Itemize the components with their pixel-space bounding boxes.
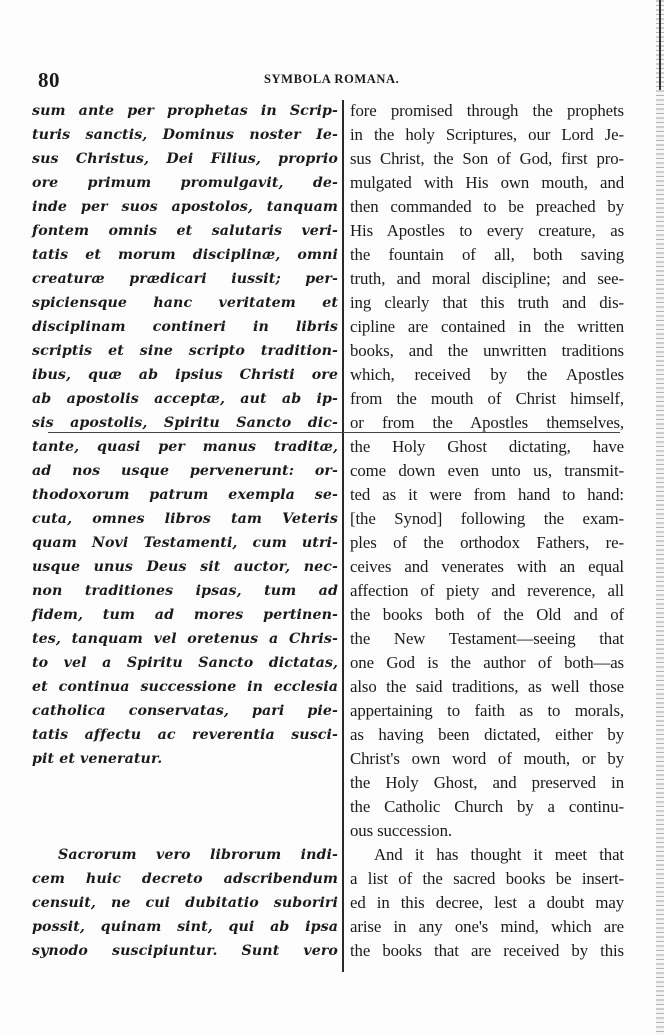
text-line: tatis affectu ac reverentia susci- [32,723,338,747]
text-line: synodo suscipiuntur. Sunt vero [32,939,338,963]
text-line: tes, tanquam vel oretenus a Chris- [32,627,338,651]
text-line: arise in any one's mind, which are [350,915,624,939]
text-line: creaturæ prædicari iussit; per- [32,267,338,291]
running-head: SYMBOLA ROMANA. [264,72,399,87]
text-line: ing clearly that this truth and dis- [350,291,624,315]
text-line: then commanded to be preached by [350,195,624,219]
page-number: 80 [38,68,60,93]
text-line: the Holy Ghost, and preserved in [350,771,624,795]
text-line: ted as it were from hand to hand: [350,483,624,507]
text-line: which, received by the Apostles [350,363,624,387]
text-line: [the Synod] following the exam- [350,507,624,531]
text-line: catholica conservatas, pari pie- [32,699,338,723]
column-divider [342,100,344,972]
text-line: fidem, tum ad mores pertinen- [32,603,338,627]
text-line: the books both of the Old and of [350,603,624,627]
text-line: the fountain of all, both saving [350,243,624,267]
text-line: non traditiones ipsas, tum ad [32,579,338,603]
text-line: Sacrorum vero librorum indi- [32,843,338,867]
latin-paragraph-1: sum ante per prophetas in Scrip- turis s… [32,99,338,771]
text-line: cem huic decreto adscribendum [32,867,338,891]
text-line: et continua successione in ecclesia [32,675,338,699]
text-line: quam Novi Testamenti, cum utri- [32,531,338,555]
latin-paragraph-2: Sacrorum vero librorum indi- cem huic de… [32,843,338,963]
text-line: And it has thought it meet that [350,843,624,867]
text-line: fontem omnis et salutaris veri- [32,219,338,243]
text-line: truth, and moral discipline; and see- [350,267,624,291]
text-line: ab apostolis acceptæ, aut ab ip- [32,387,338,411]
text-line: tante, quasi per manus traditæ, [32,435,338,459]
text-line: usque unus Deus sit auctor, nec- [32,555,338,579]
text-line: in the holy Scriptures, our Lord Je- [350,123,624,147]
latin-column: sum ante per prophetas in Scrip- turis s… [32,99,338,963]
text-line: disciplinam contineri in libris [32,315,338,339]
text-line: to vel a Spiritu Sancto dictatas, [32,651,338,675]
text-line: ceives and venerates with an equal [350,555,624,579]
text-line: ad nos usque pervenerunt: or- [32,459,338,483]
text-line: turis sanctis, Dominus noster Ie- [32,123,338,147]
text-line: His Apostles to every creature, as [350,219,624,243]
scan-edge-line [659,0,661,90]
text-line: ibus, quæ ab ipsius Christi ore [32,363,338,387]
text-line: come down even unto us, transmit- [350,459,624,483]
text-line: inde per suos apostolos, tanquam [32,195,338,219]
text-line: the Holy Ghost dictating, have [350,435,624,459]
english-paragraph-2: And it has thought it meet that a list o… [350,843,624,963]
text-line: cuta, omnes libros tam Veteris [32,507,338,531]
text-line: ore primum promulgavit, de- [32,171,338,195]
text-line: ous succession. [350,819,624,843]
text-line: ed in this decree, lest a doubt may [350,891,624,915]
text-line: scriptis et sine scripto tradition- [32,339,338,363]
english-paragraph-1: fore promised through the prophets in th… [350,99,624,843]
text-line: spiciensque hanc veritatem et [32,291,338,315]
text-line: as having been dictated, either by [350,723,624,747]
text-line: Christ's own word of mouth, or by [350,747,624,771]
text-line: ples of the orthodox Fathers, re- [350,531,624,555]
text-line: the books that are received by this [350,939,624,963]
text-line: fore promised through the prophets [350,99,624,123]
text-line: the New Testament—seeing that [350,627,624,651]
english-column: fore promised through the prophets in th… [350,99,624,963]
text-line: sus Christ, the Son of God, first pro- [350,147,624,171]
text-line: affection of piety and reverence, all [350,579,624,603]
text-line: tatis et morum disciplinæ, omni [32,243,338,267]
text-line: pit et veneratur. [32,747,338,771]
text-line: books, and the unwritten traditions [350,339,624,363]
page-header: 80 SYMBOLA ROMANA. [38,68,622,98]
text-line: appertaining to faith as to morals, [350,699,624,723]
text-line: mulgated with His own mouth, and [350,171,624,195]
text-line: also the said traditions, as well those [350,675,624,699]
text-line: or from the Apostles themselves, [350,411,624,435]
text-line: sum ante per prophetas in Scrip- [32,99,338,123]
text-line: cipline are contained in the written [350,315,624,339]
text-line: possit, quinam sint, qui ab ipsa [32,915,338,939]
paragraph-gap [32,771,338,843]
text-line: from the mouth of Christ himself, [350,387,624,411]
scan-edge-strip [656,0,664,1035]
text-line: one God is the author of both—as [350,651,624,675]
text-line: censuit, ne cui dubitatio suboriri [32,891,338,915]
text-line: thodoxorum patrum exempla se- [32,483,338,507]
text-line: sus Christus, Dei Filius, proprio [32,147,338,171]
text-line: a list of the sacred books be insert- [350,867,624,891]
text-line: the Catholic Church by a continu- [350,795,624,819]
